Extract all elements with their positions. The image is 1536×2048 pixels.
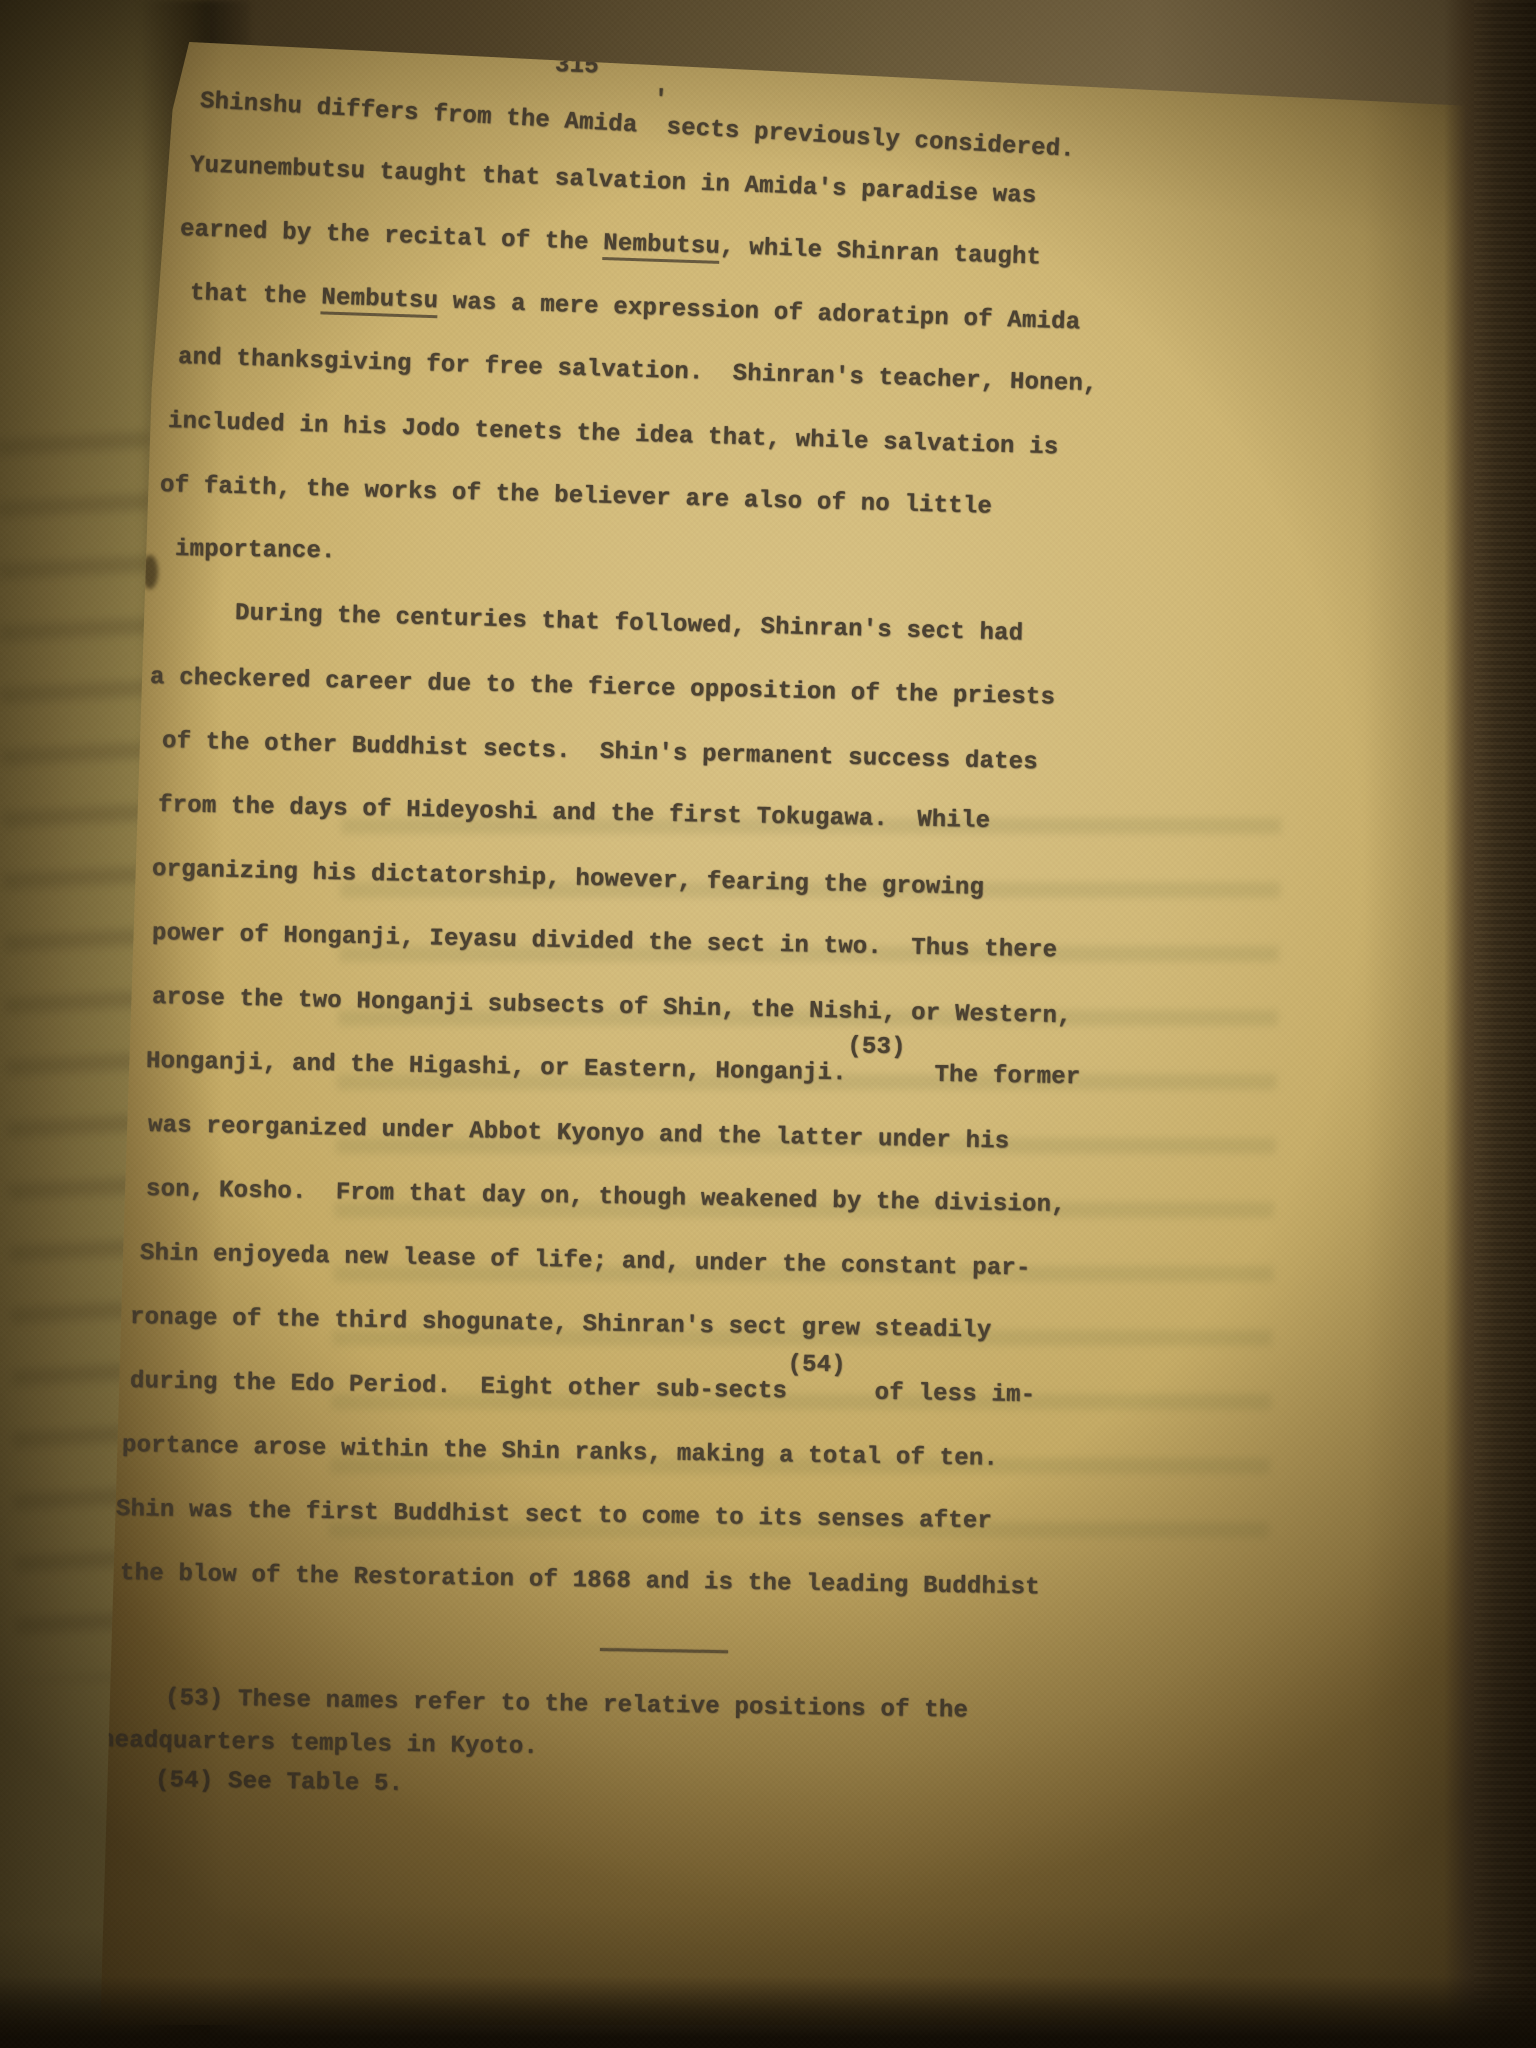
- typed-line: a checkered career due to the fierce opp…: [150, 664, 1056, 712]
- typed-line: ronage of the third shogunate, Shinran's…: [130, 1304, 992, 1345]
- bottom-shadow: [0, 1976, 1536, 2048]
- footnote-line: (53) These names refer to the relative p…: [165, 1685, 968, 1725]
- typed-line: was reorganized under Abbot Kyonyo and t…: [148, 1112, 1010, 1156]
- book-page: 315 Shinshu differs from the Amida 'sect…: [85, 30, 1475, 2025]
- typed-line: of faith, the works of the believer are …: [160, 472, 993, 521]
- typed-line: from the days of Hideyoshi and the first…: [158, 792, 991, 835]
- typed-line: Shin enjoyeda new lease of life; and, un…: [140, 1240, 1031, 1283]
- typed-line: arose the two Honganji subsects of Shin,…: [152, 984, 1072, 1030]
- typed-line: power of Honganji, Ieyasu divided the se…: [152, 920, 1058, 964]
- typed-line: Shin was the first Buddhist sect to come…: [116, 1496, 992, 1535]
- page-stack-fore-edge: [1444, 0, 1536, 2048]
- typed-line: the blow of the Restoration of 1868 and …: [120, 1560, 1040, 1601]
- typed-line: of the other Buddhist sects. Shin's perm…: [162, 728, 1039, 776]
- typed-line: During the centuries that followed, Shin…: [235, 600, 1024, 648]
- typed-text-layer: 315 Shinshu differs from the Amida 'sect…: [85, 30, 1475, 2025]
- typed-line: Honganji, and the Higashi, or Eastern, H…: [146, 1048, 1081, 1091]
- footnote-line: headquarters temples in Kyoto.: [100, 1727, 538, 1761]
- typed-line: portance arose within the Shin ranks, ma…: [122, 1432, 998, 1473]
- typed-line: Yuzunembutsu taught that salvation in Am…: [190, 152, 1037, 210]
- book-photo: 315 Shinshu differs from the Amida 'sect…: [0, 0, 1536, 2048]
- typed-line: son, Kosho. From that day on, though wea…: [146, 1176, 1066, 1219]
- typed-line: and thanksgiving for free salvation. Shi…: [178, 344, 1098, 398]
- typed-line: included in his Jodo tenets the idea tha…: [168, 408, 1059, 461]
- typed-line: during the Edo Period. Eight other sub-s…: [130, 1368, 1036, 1409]
- footnote-separator: [600, 1648, 728, 1653]
- footnote-line: (54) See Table 5.: [155, 1767, 404, 1798]
- typed-line: organizing his dictatorship, however, fe…: [152, 856, 985, 902]
- typed-line: Shinshu differs from the Amida 'sects pr…: [199, 88, 1075, 164]
- typed-line: earned by the recital of the Nembutsu, w…: [180, 216, 1042, 272]
- typed-line: importance.: [175, 536, 336, 565]
- typed-line: that the Nembutsu was a mere expression …: [190, 280, 1081, 337]
